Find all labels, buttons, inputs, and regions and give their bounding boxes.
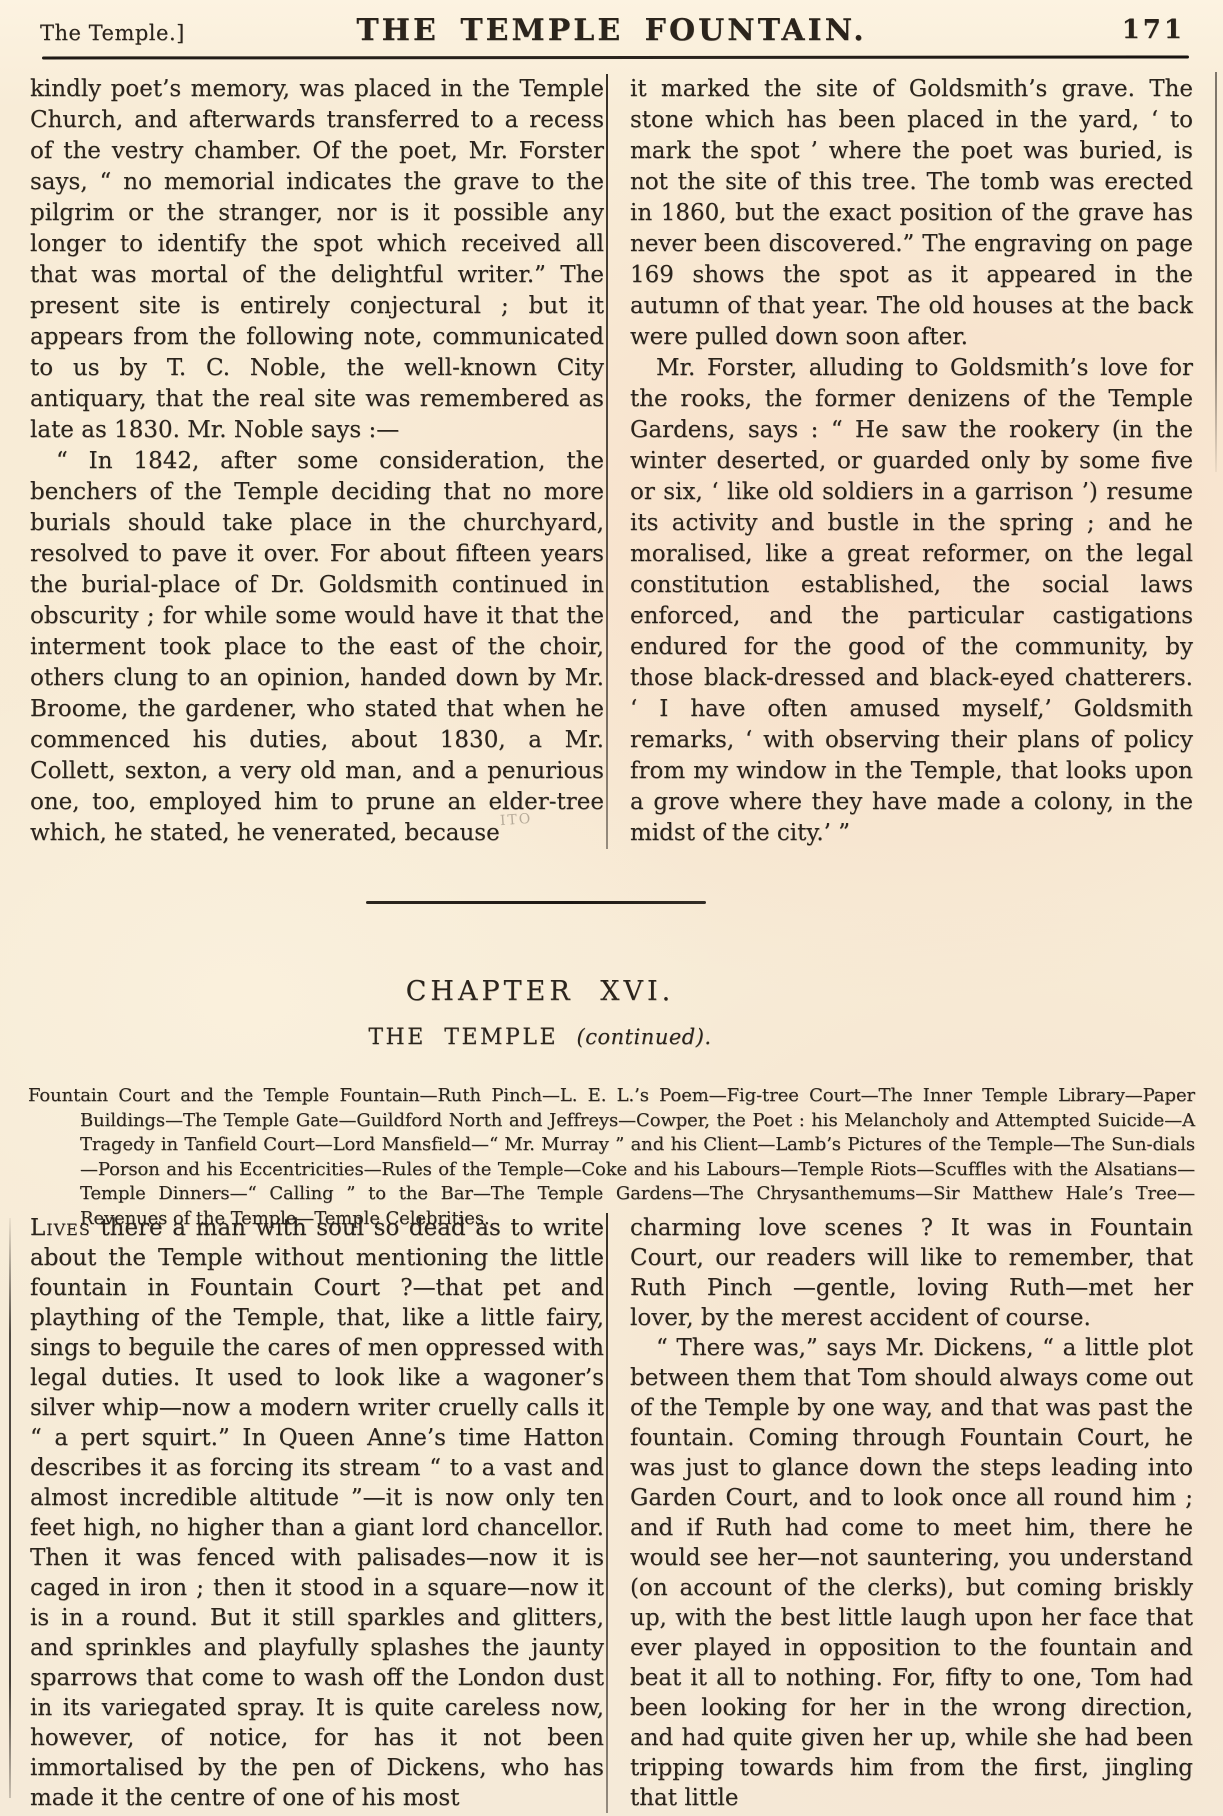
chapter-subheading: THE TEMPLE (continued). [0, 1025, 1080, 1050]
chapter-summary: Fountain Court and the Temple Fountain—R… [28, 1084, 1195, 1231]
chapter-heading: CHAPTER XVI. [0, 976, 1080, 1007]
paragraph: charming love scenes ? It was in Fountai… [630, 1213, 1193, 1333]
chapter-subheading-main: THE TEMPLE [368, 1025, 558, 1050]
lower-left-column: Lives there a man with soul so dead as t… [30, 1213, 604, 1813]
upper-left-column: kindly poet’s memory, was placed in the … [30, 74, 604, 849]
paragraph: kindly poet’s memory, was placed in the … [30, 74, 604, 446]
page-title: THE TEMPLE FOUNTAIN. [0, 13, 1223, 48]
paragraph-text: there a man with soul so dead as to writ… [30, 1215, 604, 1811]
header-rule [42, 55, 1189, 59]
lower-right-column: charming love scenes ? It was in Fountai… [608, 1213, 1193, 1813]
lead-word-smallcaps: Lives [30, 1215, 91, 1241]
chapter-subheading-continued: (continued). [577, 1025, 712, 1049]
paragraph: “ In 1842, after some consideration, the… [30, 446, 604, 849]
lower-text-columns: Lives there a man with soul so dead as t… [30, 1213, 1193, 1813]
upper-right-column: it marked the site of Goldsmith’s grave.… [608, 74, 1193, 849]
upper-text-columns: kindly poet’s memory, was placed in the … [30, 74, 1193, 849]
page-edge-shadow-right [1215, 72, 1217, 472]
paragraph: it marked the site of Goldsmith’s grave.… [630, 74, 1193, 353]
section-divider-rule [366, 901, 706, 904]
page-number: 171 [1122, 15, 1185, 45]
paragraph: Lives there a man with soul so dead as t… [30, 1213, 604, 1813]
paragraph: Mr. Forster, alluding to Goldsmith’s lov… [630, 353, 1193, 849]
chapter-heading-block: CHAPTER XVI. THE TEMPLE (continued). [0, 976, 1080, 1050]
scan-smudge: ITO [499, 811, 532, 829]
page-edge-shadow-left [9, 1218, 11, 1798]
paragraph: “ There was,” says Mr. Dickens, “ a litt… [630, 1333, 1193, 1813]
